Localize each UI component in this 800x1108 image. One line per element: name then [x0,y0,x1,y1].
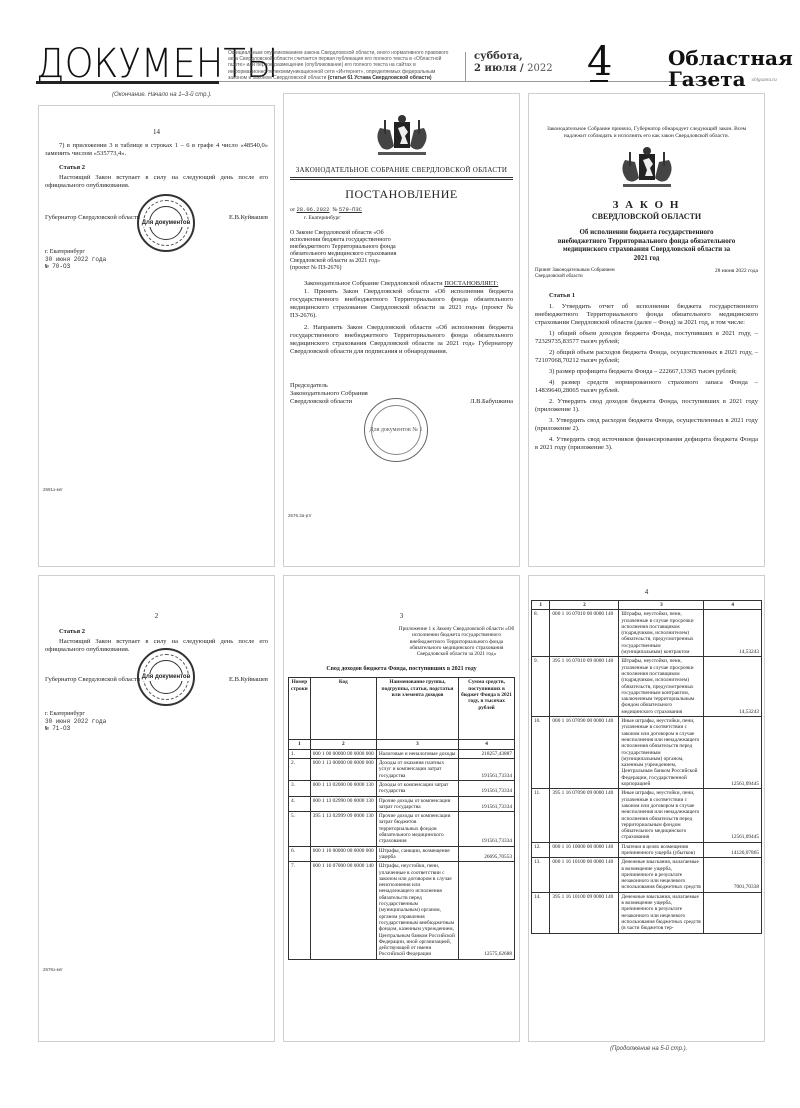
document-appendix-1-cont: 4 1 2 3 4 8.000 1 16 07010 00 0000 140Шт… [528,575,765,1042]
issue-date: суббота, 2 июля / 2022 [474,51,553,75]
resolution-date-number: от 28.06.2022 № 579-ПЗС [290,206,513,214]
continued-from-note: (Окончание. Начало на 1–3-й стр.). [112,92,212,98]
resolution-item-2: 2. Направить Закон Свердловской области … [290,324,513,356]
table-row: 6.000 1 16 00000 00 0000 000Штрафы, санк… [289,846,515,862]
coat-of-arms-icon [615,146,679,190]
revenue-table-continued: 1 2 3 4 8.000 1 16 07010 00 0000 140Штра… [531,600,762,934]
article-heading: Статья 2 [59,164,268,172]
resolution-item-1: 1. Принять Закон Свердловской области «О… [290,288,513,320]
appendix-header: Приложение 1 к Закону Свердловской облас… [398,626,515,657]
page-no: 4 [531,588,762,596]
law-name: Об исполнении бюджета государственного в… [557,228,736,262]
table-row: 12.000 1 16 10000 00 0000 140Платежи в ц… [532,842,762,858]
table-row: 9.395 1 16 07010 09 0000 140Штрафы, неус… [532,657,762,717]
table-row: 2.000 1 13 00000 00 0000 000Доходы от ок… [289,759,515,781]
table-row: 3.000 1 13 02000 00 0000 130Доходы от ко… [289,780,515,796]
table-row: 13.000 1 16 10100 00 0000 140Денежные вз… [532,858,762,892]
document-type: ПОСТАНОВЛЕНИЕ [290,186,513,202]
coat-of-arms-icon [370,114,434,158]
article-heading: Статья 1 [549,292,758,300]
org-rule [290,177,513,180]
doc-footnote: 2691з-мгг [43,486,63,494]
law-paragraph: 4) размер средств нормированного страхов… [535,379,758,395]
law-paragraph: 2. Утвердить свод доходов бюджета Фонда,… [535,398,758,414]
publication-notice: Официальным опубликованием закона Свердл… [228,50,453,81]
document-page-14: 14 7) в приложении 3 в таблице в строках… [38,105,275,567]
document-appendix-1: 3 Приложение 1 к Закону Свердловской обл… [283,575,520,1042]
article-heading: Статья 2 [59,628,268,636]
law-paragraph: 3. Утвердить свод расходов бюджета Фонда… [535,417,758,433]
law-paragraphs: 1. Утвердить отчет об исполнении бюджета… [535,303,758,452]
header-rule [219,81,719,82]
table-row: 14.395 1 16 10100 09 0000 140Денежные вз… [532,892,762,933]
table-title: Свод доходов бюджета Фонда, поступивших … [288,665,515,673]
table-row: 10.000 1 16 07090 00 0000 140Иные штрафы… [532,717,762,789]
preamble: Законодательное Собрание Свердловской об… [290,280,513,288]
table-row: 1.000 1 00 00000 00 0000 000Налоговые и … [289,749,515,758]
page-number-underline [590,80,608,82]
page-number: 4 [587,42,612,82]
resolution-subject: О Законе Свердловской области «Об исполн… [290,230,400,272]
seal-stamp: Для документов [137,648,195,706]
document-law: Законодательное Собрание приняло, Губерн… [528,93,765,567]
law-paragraph: 1. Утвердить отчет об исполнении бюджета… [535,303,758,327]
doc-footnote: 2676.3а-ртг [288,512,312,520]
law-subtitle: СВЕРДЛОВСКОЙ ОБЛАСТИ [535,212,758,222]
doc-footnote: 2676з-мгг [43,966,63,974]
table-row: 4.000 1 13 02990 00 0000 130Прочие доход… [289,796,515,812]
header-separator [465,52,466,82]
newspaper-logo[interactable]: Областная Газетаoblgazeta.ru [668,48,793,91]
law-paragraph: 4. Утвердить свод источников финансирова… [535,436,758,452]
table-row: 11.395 1 16 07090 09 0000 140Иные штрафы… [532,789,762,842]
law-title: З А К О Н [535,198,758,212]
article-text: Настоящий Закон вступает в силу на следу… [45,174,268,190]
document-resolution: ЗАКОНОДАТЕЛЬНОЕ СОБРАНИЕ СВЕРДЛОВСКОЙ ОБ… [283,93,520,567]
page-no: 3 [288,612,515,620]
table-row: 7.000 1 16 07000 00 0000 140Штрафы, неус… [289,862,515,959]
organization-name: ЗАКОНОДАТЕЛЬНОЕ СОБРАНИЕ СВЕРДЛОВСКОЙ ОБ… [290,166,513,174]
adoption-row: Принят Законодательным Собранием Свердло… [535,268,758,280]
document-page-2: 2 Статья 2 Настоящий Закон вступает в си… [38,575,275,1042]
page-no: 14 [45,128,268,136]
seal-stamp: Для документов № 1 [364,398,428,462]
law-paragraph: 2) общий объем расходов бюджета Фонда, о… [535,349,758,365]
site-link[interactable]: oblgazeta.ru [752,78,777,83]
table-row: 8.000 1 16 07010 00 0000 140Штрафы, неус… [532,610,762,657]
title-underline [36,81,219,84]
masthead: ДОКУМЕНТЫ Официальным опубликованием зак… [0,0,800,100]
page-no: 2 [45,612,268,620]
place-date-block: г. Екатеринбург 30 июня 2022 года № 71-О… [45,710,268,732]
continued-on-note: (Продолжение на 5-й стр.). [610,1046,687,1052]
law-paragraph: 3) размер профицита бюджета Фонда – 2226… [535,368,758,376]
revenue-table: Номер строки Код Наименование группы, по… [288,677,515,959]
law-intro: Законодательное Собрание приняло, Губерн… [535,126,758,140]
table-row: 5.395 1 13 02999 09 0000 130Прочие доход… [289,812,515,846]
amendment-text: 7) в приложении 3 в таблице в строках 1 … [45,142,268,158]
seal-stamp: Для документов [137,194,195,252]
place-date-block: г. Екатеринбург 30 июня 2022 года № 70-О… [45,248,268,270]
law-paragraph: 1) общий объем доходов бюджета Фонда, по… [535,330,758,346]
